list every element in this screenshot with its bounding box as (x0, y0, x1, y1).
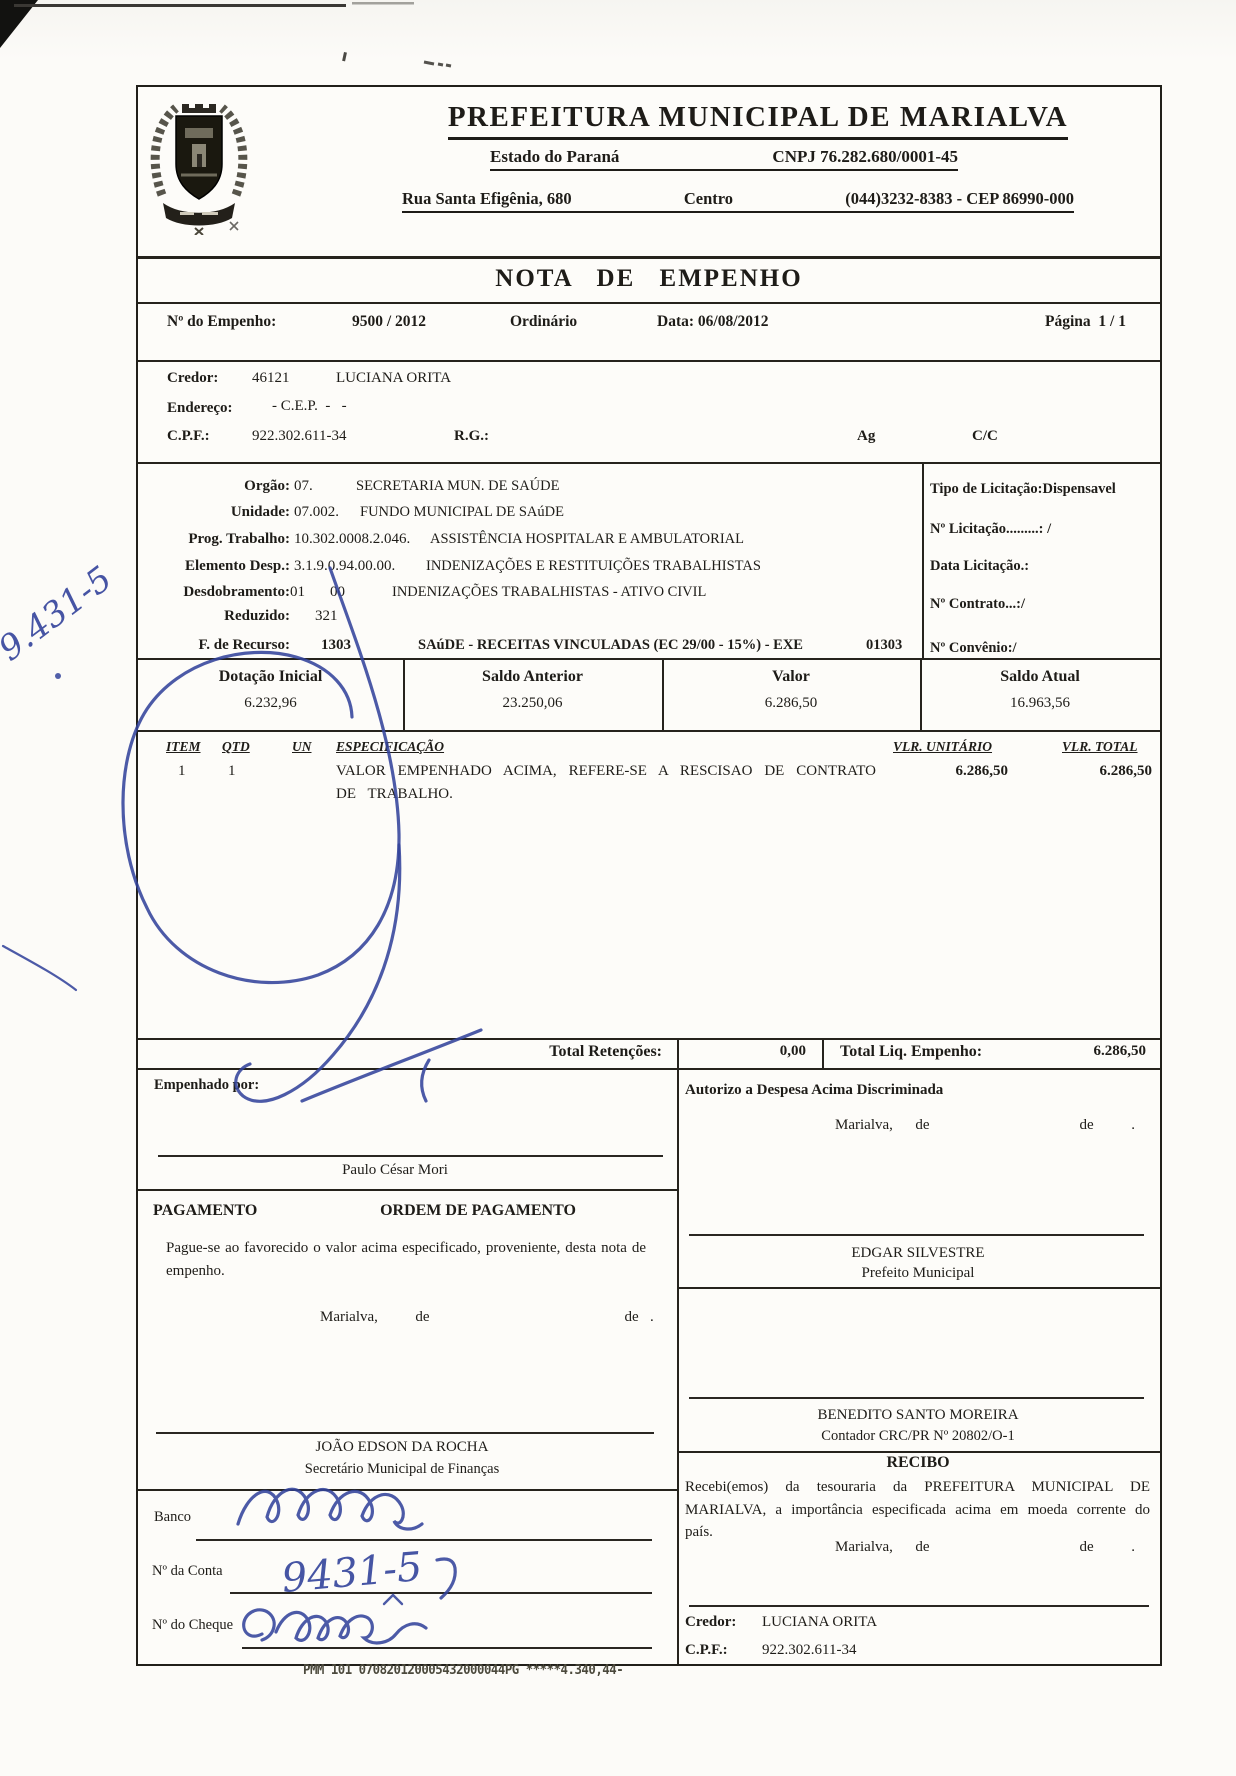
numero-contrato: Nº Contrato...:/ (930, 596, 1025, 613)
credor-label: Credor: (167, 370, 218, 387)
mayor-role: Prefeito Municipal (738, 1265, 1098, 1282)
scan-edge-line (352, 2, 414, 5)
recibo-credor-name: LUCIANA ORITA (762, 1614, 877, 1631)
divider (677, 1451, 1160, 1453)
divider (138, 1038, 1160, 1040)
conta-fill-line (230, 1592, 652, 1594)
empenho-number-value: 9500 / 2012 (352, 313, 426, 331)
desdobramento-label: Desdobramento: (148, 584, 290, 601)
credor-name: LUCIANA ORITA (336, 370, 451, 387)
mayor-name: EDGAR SILVESTRE (738, 1245, 1098, 1262)
desdobramento-desc: INDENIZAÇÕES TRABALHISTAS - ATIVO CIVIL (392, 584, 706, 601)
col-header-item: ITEM (166, 739, 201, 755)
banco-label: Banco (154, 1509, 191, 1526)
conta-label: Nº da Conta (152, 1563, 223, 1580)
total-liq-label: Total Liq. Empenho: (840, 1043, 982, 1061)
reduzido-label: Reduzido: (148, 608, 290, 625)
accountant-name: BENEDITO SANTO MOREIRA (738, 1407, 1098, 1424)
elemento-code: 3.1.9.0.94.00.00. (294, 558, 395, 575)
total-retencoes-value: 0,00 (698, 1043, 806, 1060)
recibo-credor-label: Credor: (685, 1614, 736, 1631)
tipo-licitacao: Tipo de Licitação:Dispensavel (930, 481, 1116, 498)
unidade-desc: FUNDO MUNICIPAL DE SAúDE (360, 504, 564, 521)
divider (138, 658, 1160, 660)
saldo-anterior-value: 23.250,06 (403, 695, 662, 712)
recibo-cpf-value: 922.302.611-34 (762, 1642, 856, 1659)
recibo-text: Recebi(emos) da tesouraria da PREFEITURA… (685, 1476, 1150, 1544)
col-header-vlr-unitario: VLR. UNITÁRIO (893, 739, 992, 755)
divider (138, 462, 1160, 464)
handwritten-margin-note: 9.431-5 (0, 559, 120, 669)
divider (138, 360, 1160, 362)
pagamento-date-line: Marialva, de de . (320, 1309, 654, 1326)
recibo-cpf-label: C.P.F.: (685, 1642, 728, 1659)
endereco-label: Endereço: (167, 400, 233, 417)
divider (677, 1068, 679, 1664)
numero-convenio: Nº Convênio:/ (930, 640, 1017, 657)
recurso-code-2: 01303 (866, 637, 902, 654)
street-label: Rua Santa Efigênia, 680 (402, 189, 572, 209)
header-line-2: Estado do Paraná CNPJ 76.282.680/0001-45 (490, 147, 958, 171)
endereco-value: - C.E.P. - - (272, 398, 347, 415)
unidade-label: Unidade: (148, 504, 290, 521)
col-header-especificacao: ESPECIFICAÇÃO (336, 739, 444, 755)
item-row-qtd: 1 (228, 763, 236, 780)
state-label: Estado do Paraná (490, 147, 619, 167)
saldo-atual-value: 16.963,56 (920, 695, 1160, 712)
prog-trabalho-desc: ASSISTÊNCIA HOSPITALAR E AMBULATORIAL (430, 531, 744, 548)
orgao-desc: SECRETARIA MUN. DE SAÚDE (356, 478, 559, 495)
recurso-code: 1303 (321, 637, 351, 654)
col-header-un: UN (292, 739, 312, 755)
data-licitacao: Data Licitação.: (930, 558, 1029, 575)
scan-edge-line (14, 4, 346, 7)
divider (822, 1038, 824, 1068)
elemento-label: Elemento Desp.: (148, 558, 290, 575)
prog-trabalho-code: 10.302.0008.2.046. (294, 531, 410, 548)
empenho-date: Data: 06/08/2012 (657, 313, 769, 331)
numero-licitacao: Nº Licitação.........: / (930, 521, 1051, 538)
municipality-title: PREFEITURA MUNICIPAL DE MARIALVA (448, 101, 1068, 140)
divider (677, 1038, 679, 1068)
cpf-value: 922.302.611-34 (252, 428, 346, 445)
document-title: NOTA DE EMPENHO (138, 265, 1160, 294)
valor-label: Valor (662, 668, 920, 686)
recurso-label: F. de Recurso: (148, 637, 290, 654)
orgao-label: Orgão: (148, 478, 290, 495)
empenhado-por-label: Empenhado por: (154, 1077, 259, 1094)
elemento-desc: INDENIZAÇÕES E RESTITUIÇÕES TRABALHISTAS (426, 558, 761, 575)
autorizo-date-line: Marialva, de de . (835, 1117, 1135, 1134)
divider (677, 1287, 1160, 1289)
recibo-title: RECIBO (778, 1454, 1058, 1472)
finance-secretary-role: Secretário Municipal de Finanças (202, 1461, 602, 1478)
saldo-anterior-label: Saldo Anterior (403, 668, 662, 686)
reduzido-value: 321 (315, 608, 338, 625)
col-header-qtd: QTD (222, 739, 250, 755)
page-indicator: Página 1 / 1 (1045, 313, 1126, 331)
item-row-especificacao: VALOR EMPENHADO ACIMA, REFERE-SE A RESCI… (336, 760, 876, 805)
credor-code: 46121 (252, 370, 290, 387)
valor-value: 6.286,50 (662, 695, 920, 712)
ag-label: Ag (857, 428, 875, 445)
desdobramento-code-1: 01 (290, 584, 305, 601)
header-line-3: Rua Santa Efigênia, 680 Centro (044)3232… (402, 189, 1074, 213)
divider (138, 256, 1160, 259)
divider (138, 730, 1160, 732)
dotacao-inicial-label: Dotação Inicial (138, 668, 403, 686)
divider (138, 1189, 677, 1191)
cc-label: C/C (972, 428, 998, 445)
pen-stroke-left-edge (3, 946, 76, 990)
banco-fill-line (196, 1539, 652, 1541)
phone-cep-label: (044)3232-8383 - CEP 86990-000 (845, 189, 1074, 209)
recibo-date-line: Marialva, de de . (835, 1539, 1135, 1556)
rg-label: R.G.: (454, 428, 489, 445)
recurso-desc: SAúDE - RECEITAS VINCULADAS (EC 29/00 - … (418, 637, 803, 654)
nota-de-empenho-document: PREFEITURA MUNICIPAL DE MARIALVA Estado … (136, 85, 1162, 1666)
cnpj-label: CNPJ 76.282.680/0001-45 (772, 147, 958, 167)
pagamento-text: Pague-se ao favorecido o valor acima esp… (166, 1237, 646, 1284)
scan-speck (424, 62, 451, 66)
prog-trabalho-label: Prog. Trabalho: (148, 531, 290, 548)
pagamento-title: PAGAMENTO (153, 1202, 257, 1220)
finance-secretary-name: JOÃO EDSON DA ROCHA (202, 1439, 602, 1456)
empenho-type: Ordinário (510, 313, 577, 331)
coat-of-arms-logo-icon (146, 95, 252, 240)
item-row-vlr-total: 6.286,50 (1022, 763, 1152, 780)
divider (138, 302, 1160, 304)
autorizo-title: Autorizo a Despesa Acima Discriminada (685, 1082, 943, 1099)
divider (922, 462, 924, 658)
item-row-vlr-unitario: 6.286,50 (883, 763, 1008, 780)
item-row-number: 1 (178, 763, 186, 780)
signature-line (158, 1155, 663, 1157)
divider (138, 1489, 677, 1491)
cpf-label: C.P.F.: (167, 428, 210, 445)
signature-line (689, 1234, 1144, 1236)
header-title-wrap: PREFEITURA MUNICIPAL DE MARIALVA (363, 101, 1153, 140)
scan-corner-artifact (0, 0, 38, 48)
divider (138, 1068, 1160, 1070)
total-retencoes-label: Total Retenções: (418, 1043, 662, 1061)
scan-speck (342, 52, 347, 61)
cheque-fill-line (242, 1647, 652, 1649)
desdobramento-code-2: 00 (330, 584, 345, 601)
ordem-pagamento-title: ORDEM DE PAGAMENTO (318, 1202, 638, 1220)
dotacao-inicial-value: 6.232,96 (138, 695, 403, 712)
empenho-number-label: Nº do Empenho: (167, 313, 276, 331)
empenhado-signer-name: Paulo César Mori (215, 1162, 575, 1179)
saldo-atual-label: Saldo Atual (920, 668, 1160, 686)
accountant-role: Contador CRC/PR Nº 20802/O-1 (738, 1428, 1098, 1445)
col-header-vlr-total: VLR. TOTAL (1062, 739, 1138, 755)
unidade-code: 07.002. (294, 504, 339, 521)
signature-line (689, 1605, 1149, 1607)
orgao-code: 07. (294, 478, 313, 495)
cheque-label: Nº do Cheque (152, 1617, 233, 1634)
handwritten-ink-dot (55, 673, 61, 679)
dot-matrix-print-line: PMM 101 070820120005432000044PG *****4.3… (303, 1663, 623, 1678)
signature-line (689, 1397, 1144, 1399)
scanned-page: PREFEITURA MUNICIPAL DE MARIALVA Estado … (0, 0, 1236, 1776)
signature-line (156, 1432, 654, 1434)
district-label: Centro (684, 189, 733, 209)
total-liq-value: 6.286,50 (1018, 1043, 1146, 1060)
